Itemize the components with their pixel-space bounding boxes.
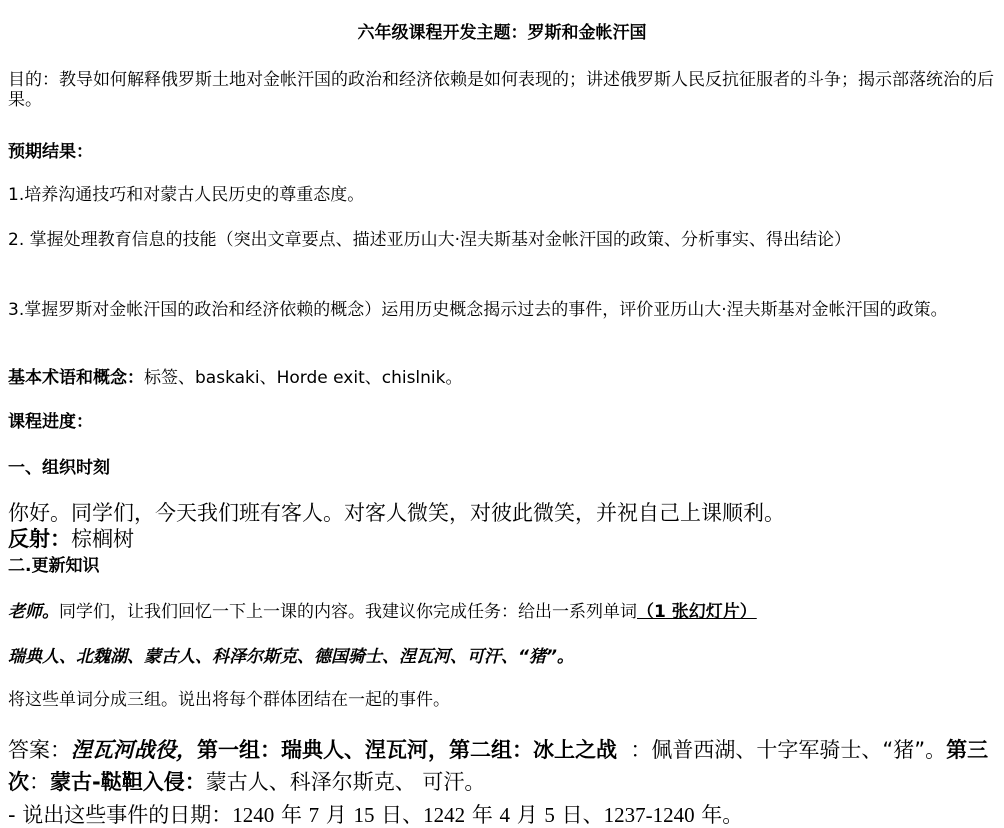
task-text: 将这些单词分成三组。说出将每个群体团结在一起的事件。: [8, 690, 1000, 710]
expected-item-2: 2. 掌握处理教育信息的技能（突出文章要点、描述亚历山大·涅夫斯基对金帐汗国的政…: [8, 230, 1000, 250]
date-unit: 年。: [695, 803, 744, 827]
dates-prefix: - 说出这些事件的日期：: [8, 803, 232, 827]
reflection-line: 反射：棕榈树: [8, 526, 1000, 552]
date-unit: 日、: [555, 803, 604, 827]
slide-link[interactable]: （1 张幻灯片）: [637, 602, 757, 622]
greeting-text: 你好。同学们，今天我们班有客人。对客人微笑，对彼此微笑，并祝自己上课顺利。: [8, 500, 1000, 526]
section2-heading: 二.更新知识: [8, 556, 1000, 576]
dates-line: - 说出这些事件的日期：1240 年 7 月 15 日、1242 年 4 月 5…: [8, 802, 1000, 828]
answer-part7: 蒙古人、科泽尔斯克、 可汗。: [206, 770, 486, 794]
teacher-paragraph: 老师。同学们，让我们回忆一下上一课的内容。我建议你完成任务：给出一系列单词（1 …: [8, 602, 1000, 622]
date-2-year: 1242: [423, 803, 465, 827]
reflection-label: 反射：: [8, 527, 71, 551]
reflection-text: 棕榈树: [71, 527, 134, 551]
section1-heading: 一、组织时刻: [8, 458, 1000, 478]
date-unit: 年: [465, 803, 499, 827]
word-list: 瑞典人、北魏湖、蒙古人、科泽尔斯克、德国骑士、涅瓦河、可汗、“猪”。: [8, 647, 1000, 667]
page-title: 六年级课程开发主题：罗斯和金帐汗国: [8, 22, 996, 44]
terms-label: 基本术语和概念：: [8, 368, 144, 388]
date-1-year: 1240: [232, 803, 274, 827]
date-unit: 月: [319, 803, 353, 827]
date-unit: 年: [274, 803, 308, 827]
answer-part5: ：: [29, 770, 50, 794]
terms-paragraph: 基本术语和概念：标签、baskaki、Horde exit、chislnik。: [8, 368, 1000, 388]
teacher-label: 老师。: [8, 602, 59, 622]
date-unit: 月: [510, 803, 544, 827]
expected-heading: 预期结果：: [8, 142, 1000, 162]
date-2-month: 4: [500, 803, 511, 827]
answer-part2: 第一组：瑞典人、涅瓦河，第二组：冰上之战: [197, 738, 617, 762]
expected-item-1: 1.培养沟通技巧和对蒙古人民历史的尊重态度。: [8, 185, 1000, 205]
date-2-day: 5: [544, 803, 555, 827]
date-3-range: 1237-1240: [604, 803, 695, 827]
answer-paragraph: 答案：涅瓦河战役，第一组：瑞典人、涅瓦河，第二组：冰上之战 ：佩普西湖、十字军骑…: [8, 734, 1000, 798]
date-1-day: 15: [353, 803, 374, 827]
terms-text: 标签、baskaki、Horde exit、chislnik。: [144, 368, 463, 388]
answer-part1: 涅瓦河战役，: [71, 738, 197, 762]
goal-paragraph: 目的：教导如何解释俄罗斯土地对金帐汗国的政治和经济依赖是如何表现的；讲述俄罗斯人…: [8, 70, 1000, 110]
answer-part6: 蒙古-鞑靼入侵：: [50, 770, 206, 794]
expected-item-3: 3.掌握罗斯对金帐汗国的政治和经济依赖的概念）运用历史概念揭示过去的事件，评价亚…: [8, 300, 1000, 320]
answer-label: 答案：: [8, 738, 71, 762]
date-unit: 日、: [374, 803, 423, 827]
date-1-month: 7: [309, 803, 320, 827]
answer-part3: ：佩普西湖、十字军骑士、“猪”。: [630, 738, 946, 762]
progress-heading: 课程进度：: [8, 412, 1000, 432]
teacher-text: 同学们，让我们回忆一下上一课的内容。我建议你完成任务：给出一系列单词: [59, 602, 637, 622]
